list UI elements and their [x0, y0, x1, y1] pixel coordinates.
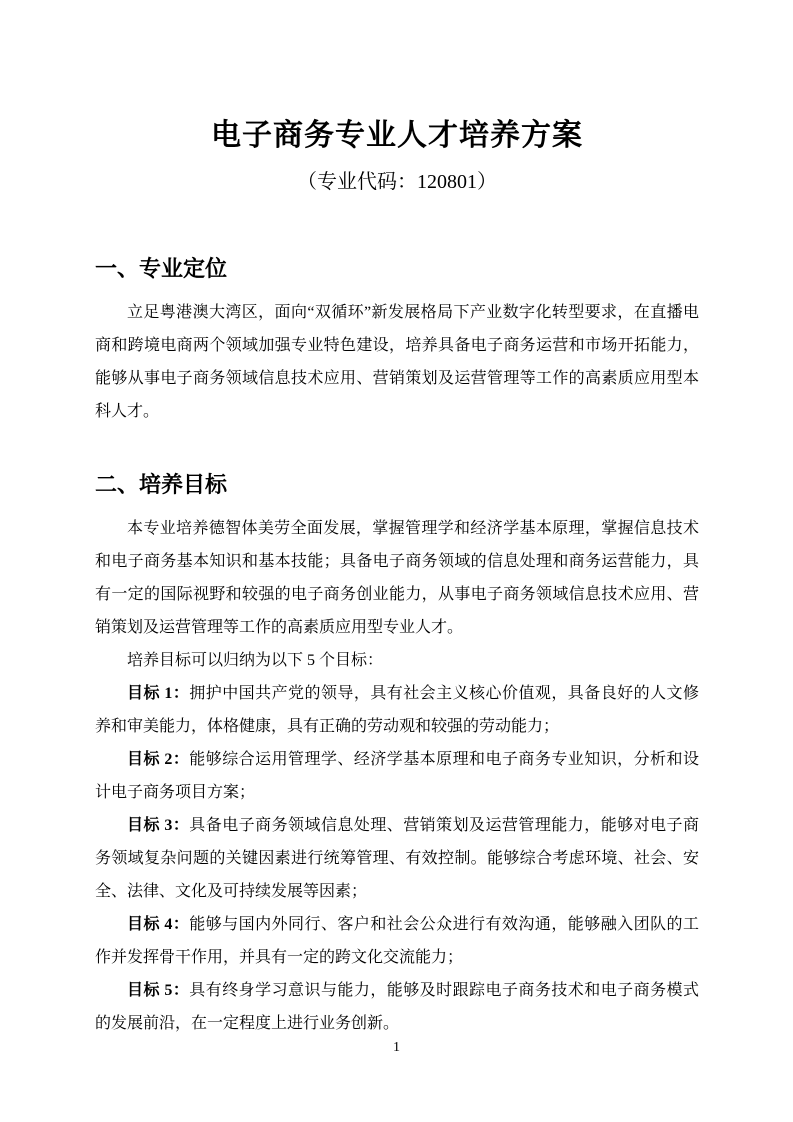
- section-professional-positioning: 一、专业定位 立足粤港澳大湾区，面向“双循环”新发展格局下产业数字化转型要求，在…: [95, 252, 699, 428]
- page-number: 1: [0, 1038, 793, 1058]
- goal-2-label: 目标 2：: [127, 751, 189, 768]
- section-2-heading: 二、培养目标: [95, 468, 699, 502]
- section-1-heading: 一、专业定位: [95, 252, 699, 286]
- goal-4-label: 目标 4：: [127, 916, 189, 933]
- goal-item-5: 目标 5：具有终身学习意识与能力，能够及时跟踪电子商务技术和电子商务模式的发展前…: [95, 974, 699, 1040]
- section-2-paragraph: 本专业培养德智体美劳全面发展，掌握管理学和经济学基本原理，掌握信息技术和电子商务…: [95, 512, 699, 644]
- section-2-goals-intro: 培养目标可以归纳为以下 5 个目标：: [95, 644, 699, 677]
- document-title: 电子商务专业人才培养方案: [95, 112, 699, 160]
- goal-3-label: 目标 3：: [127, 817, 189, 834]
- section-training-objectives: 二、培养目标 本专业培养德智体美劳全面发展，掌握管理学和经济学基本原理，掌握信息…: [95, 468, 699, 1040]
- goal-5-label: 目标 5：: [127, 982, 189, 999]
- section-1-paragraph: 立足粤港澳大湾区，面向“双循环”新发展格局下产业数字化转型要求，在直播电商和跨境…: [95, 296, 699, 428]
- document-subtitle: （专业代码：120801）: [95, 164, 699, 200]
- goal-item-4: 目标 4：能够与国内外同行、客户和社会公众进行有效沟通，能够融入团队的工作并发挥…: [95, 908, 699, 974]
- goal-1-label: 目标 1：: [127, 685, 189, 702]
- goal-item-3: 目标 3：具备电子商务领域信息处理、营销策划及运营管理能力，能够对电子商务领域复…: [95, 809, 699, 908]
- goal-item-1: 目标 1：拥护中国共产党的领导，具有社会主义核心价值观，具备良好的人文修养和审美…: [95, 677, 699, 743]
- document-page: 电子商务专业人才培养方案 （专业代码：120801） 一、专业定位 立足粤港澳大…: [95, 112, 699, 1040]
- goal-item-2: 目标 2：能够综合运用管理学、经济学基本原理和电子商务专业知识，分析和设计电子商…: [95, 743, 699, 809]
